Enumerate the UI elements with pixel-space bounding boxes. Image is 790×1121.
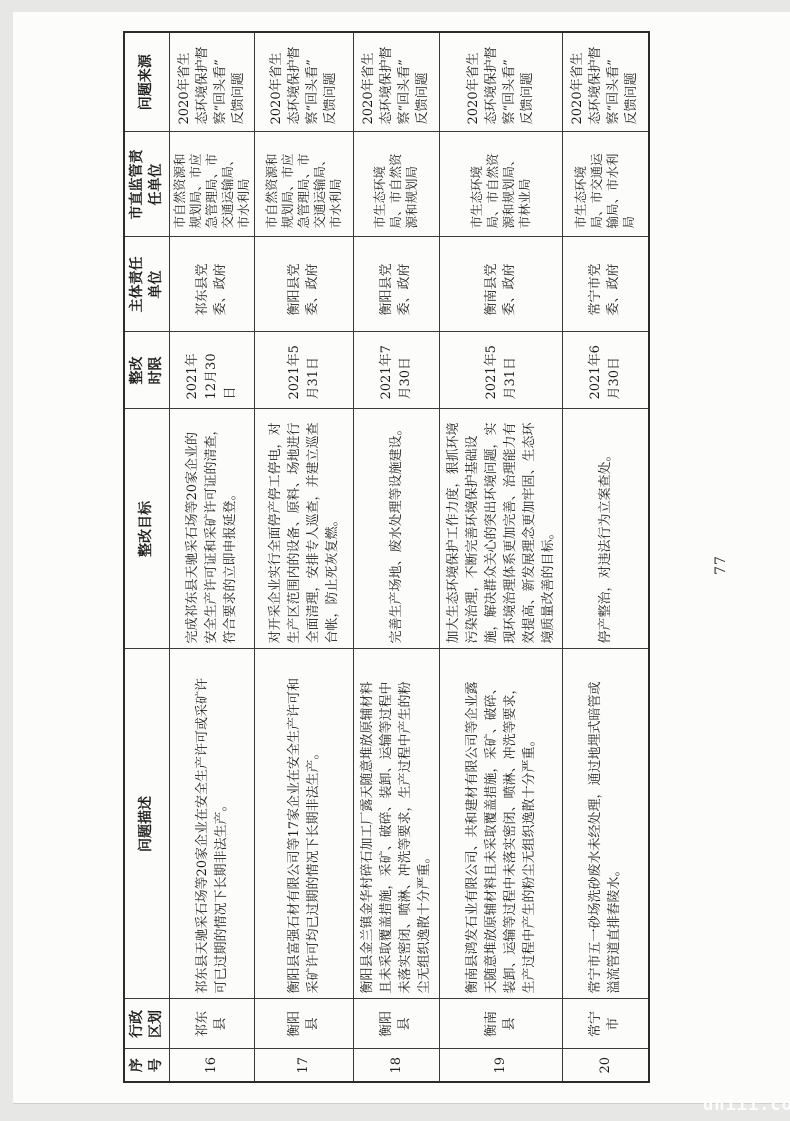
cell-deadline: 2021年5 月31日 <box>439 332 562 409</box>
cell-problem-description: 衡阳县富强石材有限公司等17家企业在安全生产许可和 采矿许可均已过期的情况下长期… <box>254 649 353 999</box>
header-serial-no: 序 号 <box>124 1049 169 1082</box>
cell-admin-region: 祁东 县 <box>169 999 254 1049</box>
cell-responsible-unit: 常宁市党 委、政府 <box>562 237 649 332</box>
cell-admin-region: 衡阳 县 <box>353 999 439 1049</box>
header-problem-source: 问题来源 <box>124 32 169 132</box>
header-rectification-goal: 整改目标 <box>124 409 169 649</box>
cell-serial-no: 19 <box>439 1049 562 1082</box>
header-admin-region: 行政 区划 <box>124 999 169 1049</box>
header-deadline: 整改 时限 <box>124 332 169 409</box>
cell-problem-source: 2020年省生 态环境保护督 察“回头看” 反馈问题 <box>439 32 562 132</box>
cell-supervising-unit: 市生态环境 局、市自然资 源和规划局 <box>353 132 439 237</box>
cell-supervising-unit: 市自然资源和 规划局、市应 急管理局、市 交通运输局、 市水利局 <box>254 132 353 237</box>
cell-problem-description: 衡南县鸿发石业有限公司、共和建材有限公司等企业露 天随意堆放原辅材料且未采取覆盖… <box>439 649 562 999</box>
cell-rectification-goal: 加大生态环境保护工作力度，狠抓环境 污染治理，不断完善环境保护基础设 施，解决群… <box>439 409 562 649</box>
table-row-19: 19 衡南 县 衡南县鸿发石业有限公司、共和建材有限公司等企业露 天随意堆放原辅… <box>439 32 562 1082</box>
cell-responsible-unit: 衡阳县党 委、政府 <box>353 237 439 332</box>
table-row-16: 16 祁东 县 祁东县天驰采石场等20家企业在安全生产许可或采矿许 可已过期的情… <box>169 32 254 1082</box>
cell-rectification-goal: 停产整治，对违法行为立案查处。 <box>562 409 649 649</box>
cell-deadline: 2021年 12月30 日 <box>169 332 254 409</box>
cell-problem-source: 2020年省生 态环境保护督 察“回头看” 反馈问题 <box>353 32 439 132</box>
page-number: 77 <box>713 550 733 580</box>
cell-problem-source: 2020年省生 态环境保护督 察“回头看” 反馈问题 <box>562 32 649 132</box>
cell-rectification-goal: 完成祁东县天驰采石场等20家企业的 安全生产许可证和采矿许可证的清查， 符合要求… <box>169 409 254 649</box>
rotated-table-wrapper: 序 号 行政 区划 问题描述 整改目标 整改 时限 主体责任 单位 市直监管责 … <box>123 33 647 1083</box>
cell-serial-no: 20 <box>562 1049 649 1082</box>
table-row-18: 18 衡阳 县 衡阳县金兰镇金华村碎石加工厂露天随意堆放原辅材料 且未采取覆盖措… <box>353 32 439 1082</box>
header-supervising-unit: 市直监管责 任单位 <box>124 132 169 237</box>
cell-problem-source: 2020年省生 态环境保护督 察“回头看” 反馈问题 <box>254 32 353 132</box>
header-responsible-unit: 主体责任 单位 <box>124 237 169 332</box>
cell-problem-description: 祁东县天驰采石场等20家企业在安全生产许可或采矿许 可已过期的情况下长期非法生产… <box>169 649 254 999</box>
cell-problem-description: 常宁市五一砂场洗砂废水未经处理，通过地埋式暗管或 溢流管道直排舂陵水。 <box>562 649 649 999</box>
cell-deadline: 2021年6 月30日 <box>562 332 649 409</box>
cell-serial-no: 16 <box>169 1049 254 1082</box>
cell-responsible-unit: 衡南县党 委、政府 <box>439 237 562 332</box>
cell-serial-no: 17 <box>254 1049 353 1082</box>
cell-admin-region: 衡阳 县 <box>254 999 353 1049</box>
table-header-row: 序 号 行政 区划 问题描述 整改目标 整改 时限 主体责任 单位 市直监管责 … <box>124 32 169 1082</box>
table-row-20: 20 常宁 市 常宁市五一砂场洗砂废水未经处理，通过地埋式暗管或 溢流管道直排舂… <box>562 32 649 1082</box>
table-row-17: 17 衡阳 县 衡阳县富强石材有限公司等17家企业在安全生产许可和 采矿许可均已… <box>254 32 353 1082</box>
cell-supervising-unit: 市生态环境 局、市交通运 输局、市水利 局 <box>562 132 649 237</box>
cell-deadline: 2021年5 月31日 <box>254 332 353 409</box>
cell-problem-source: 2020年省生 态环境保护督 察“回头看” 反馈问题 <box>169 32 254 132</box>
cell-responsible-unit: 祁东县党 委、政府 <box>169 237 254 332</box>
scanned-document: { "page": { "number": "77", "watermark":… <box>0 0 790 1121</box>
rectification-table: 序 号 行政 区划 问题描述 整改目标 整改 时限 主体责任 单位 市直监管责 … <box>123 31 650 1083</box>
cell-responsible-unit: 衡阳县党 委、政府 <box>254 237 353 332</box>
cell-deadline: 2021年7 月30日 <box>353 332 439 409</box>
cell-problem-description: 衡阳县金兰镇金华村碎石加工厂露天随意堆放原辅材料 且未采取覆盖措施，采矿、破碎、… <box>353 649 439 999</box>
cell-admin-region: 衡南 县 <box>439 999 562 1049</box>
cell-serial-no: 18 <box>353 1049 439 1082</box>
cell-admin-region: 常宁 市 <box>562 999 649 1049</box>
cell-supervising-unit: 市生态环境 局、市自然资 源和规划局、 市林业局 <box>439 132 562 237</box>
page: 序 号 行政 区划 问题描述 整改目标 整改 时限 主体责任 单位 市直监管责 … <box>13 12 790 1104</box>
cell-rectification-goal: 对开采企业实行全面停产停工停电，对 生产区范围内的设备、原料、场地进行 全面清理… <box>254 409 353 649</box>
cell-supervising-unit: 市自然资源和 规划局、市应 急管理局、市 交通运输局、 市水利局 <box>169 132 254 237</box>
header-problem-description: 问题描述 <box>124 649 169 999</box>
cell-rectification-goal: 完善生产场地、废水处理等设施建设。 <box>353 409 439 649</box>
watermark: dniii.co <box>703 1095 790 1115</box>
